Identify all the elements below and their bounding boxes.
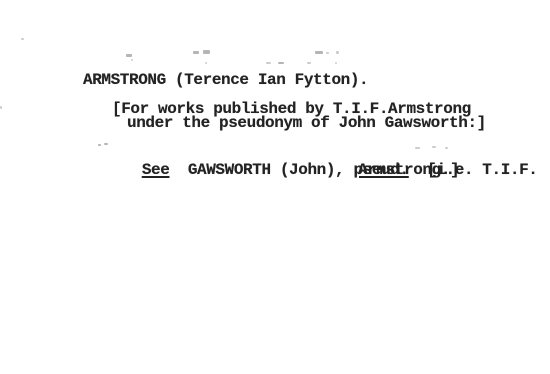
note-line-2: under the pseudonym of John Gawsworth:] bbox=[127, 115, 486, 131]
scan-smudge bbox=[326, 52, 329, 54]
scan-smudge bbox=[278, 62, 284, 64]
see-label: See bbox=[142, 161, 170, 179]
scan-smudge bbox=[315, 51, 323, 54]
scan-smudge bbox=[126, 54, 132, 57]
scan-smudge bbox=[131, 59, 133, 61]
scan-smudge bbox=[98, 144, 101, 146]
catalog-card-scan: ARMSTRONG (Terence Ian Fytton). [For wor… bbox=[0, 0, 550, 374]
scan-smudge bbox=[266, 62, 271, 64]
scan-smudge bbox=[205, 62, 207, 64]
see-reference-continuation: Armstrong.] bbox=[358, 162, 459, 178]
scan-smudge bbox=[336, 51, 339, 54]
scan-smudge bbox=[193, 51, 199, 54]
scan-smudge bbox=[203, 50, 210, 54]
scan-smudge bbox=[21, 38, 24, 40]
see-target: GAWSWORTH (John), bbox=[169, 161, 353, 179]
scan-smudge bbox=[335, 62, 337, 64]
scan-smudge bbox=[104, 143, 108, 145]
scan-smudge bbox=[307, 62, 311, 64]
scan-smudge bbox=[0, 106, 2, 109]
see-reference-line: See GAWSWORTH (John), pseud. [i.e. T.I.F… bbox=[105, 146, 538, 194]
card-heading: ARMSTRONG (Terence Ian Fytton). bbox=[83, 72, 368, 88]
